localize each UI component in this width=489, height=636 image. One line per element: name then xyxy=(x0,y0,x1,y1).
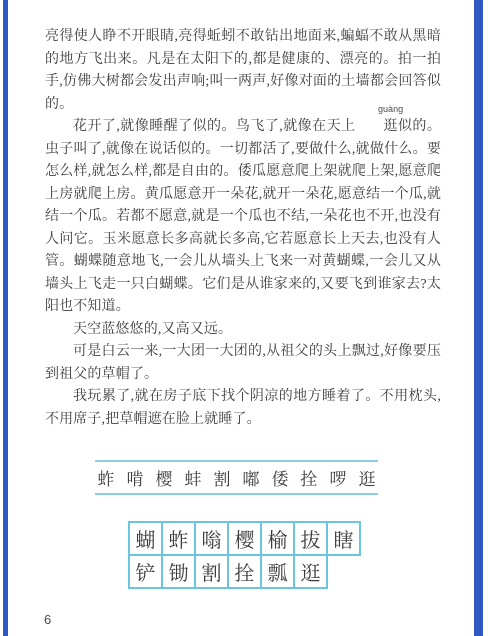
paragraph-2-post: 似的。虫子叫了,就像在说话似的。一切都活了,要做什么,就做什么。要怎么样,就怎么… xyxy=(45,119,441,314)
paragraph-1: 亮得使人睁不开眼睛,亮得蚯蚓不敢钻出地面来,蝙蝠不敢从黑暗的地方飞出来。凡是在太… xyxy=(45,26,441,116)
writing-grid-row-2: 铲 锄 割 拴 瓢 逛 xyxy=(128,554,361,589)
writing-character-cell: 嗡 xyxy=(194,521,229,556)
left-border-bar xyxy=(3,0,8,636)
recognition-character: 嘟 xyxy=(243,465,260,490)
recognition-character: 蚱 xyxy=(98,465,115,490)
recognition-character: 割 xyxy=(214,465,231,490)
writing-character-cell: 蝴 xyxy=(128,521,163,556)
recognition-character: 啃 xyxy=(127,465,144,490)
writing-character-cell: 樱 xyxy=(227,521,262,556)
paragraph-2: 花开了,就像睡醒了似的。鸟飞了,就像在天上guàng逛似的。虫子叫了,就像在说话… xyxy=(45,116,441,319)
writing-characters-grid: 蝴 蚱 嗡 樱 榆 拔 瞎 铲 锄 割 拴 瓢 逛 xyxy=(128,521,361,589)
recognition-characters-band: 蚱 啃 樱 蚌 割 嘟 倭 拴 啰 逛 xyxy=(95,460,378,495)
writing-character-cell: 割 xyxy=(194,554,229,589)
recognition-character: 樱 xyxy=(156,465,173,490)
writing-character-cell: 拔 xyxy=(293,521,328,556)
recognition-character: 倭 xyxy=(272,465,289,490)
recognition-character: 拴 xyxy=(301,465,318,490)
page-number: 6 xyxy=(44,612,51,627)
writing-character-cell: 瞎 xyxy=(326,521,361,556)
annotated-character: guàng逛 xyxy=(356,116,398,139)
writing-character-cell: 拴 xyxy=(227,554,262,589)
recognition-character: 啰 xyxy=(330,465,347,490)
paragraph-4: 可是白云一来,一大团一大团的,从祖父的头上飘过,好像要压到祖父的草帽了。 xyxy=(45,341,441,386)
writing-character-cell: 锄 xyxy=(161,554,196,589)
recognition-character: 蚌 xyxy=(185,465,202,490)
writing-character-cell: 蚱 xyxy=(161,521,196,556)
writing-character-cell: 铲 xyxy=(128,554,163,589)
paragraph-5: 我玩累了,就在房子底下找个阴凉的地方睡着了。不用枕头,不用席子,把草帽遮在脸上就… xyxy=(45,386,441,431)
lesson-body-text: 亮得使人睁不开眼睛,亮得蚯蚓不敢钻出地面来,蝙蝠不敢从黑暗的地方飞出来。凡是在太… xyxy=(45,26,441,431)
writing-character-cell: 榆 xyxy=(260,521,295,556)
writing-character-cell: 瓢 xyxy=(260,554,295,589)
recognition-character: 逛 xyxy=(359,465,376,490)
pinyin-annotation: guàng xyxy=(350,105,403,114)
writing-grid-row-1: 蝴 蚱 嗡 樱 榆 拔 瞎 xyxy=(128,521,361,556)
paragraph-3: 天空蓝悠悠的,又高又远。 xyxy=(45,319,441,342)
paragraph-2-pre: 花开了,就像睡醒了似的。鸟飞了,就像在天上 xyxy=(73,119,356,134)
annotated-character-glyph: 逛 xyxy=(384,119,398,134)
right-border-bar xyxy=(474,0,483,636)
writing-character-cell: 逛 xyxy=(293,554,328,589)
